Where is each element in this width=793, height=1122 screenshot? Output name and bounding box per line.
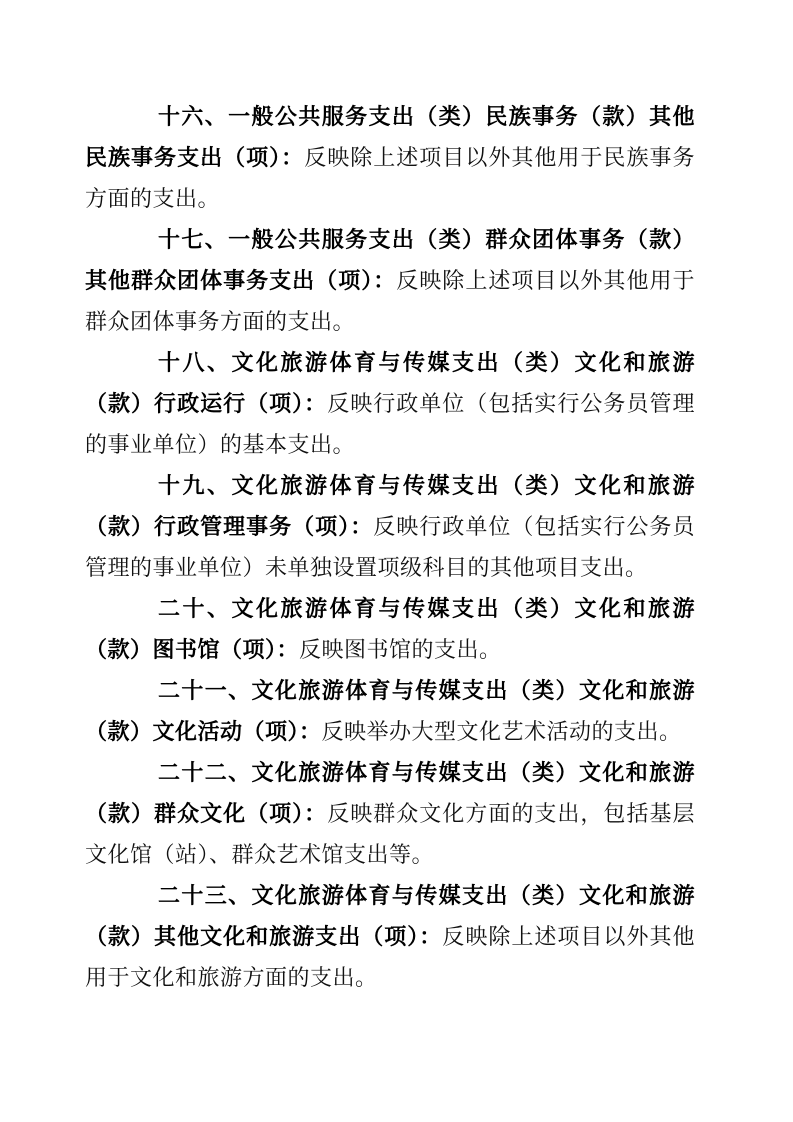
- budget-item-16: 十六、一般公共服务支出（类）民族事务（款）其他民族事务支出（项）：反映除上述项目…: [85, 96, 695, 219]
- budget-item-22: 二十二、文化旅游体育与传媒支出（类）文化和旅游（款）群众文化（项）：反映群众文化…: [85, 752, 695, 875]
- budget-item-19: 十九、文化旅游体育与传媒支出（类）文化和旅游（款）行政管理事务（项）：反映行政单…: [85, 465, 695, 588]
- budget-item-17: 十七、一般公共服务支出（类）群众团体事务（款）其他群众团体事务支出（项）：反映除…: [85, 219, 695, 342]
- budget-item-18: 十八、文化旅游体育与传媒支出（类）文化和旅游（款）行政运行（项）：反映行政单位（…: [85, 342, 695, 465]
- item-21-description: 反映举办大型文化艺术活动的支出。: [322, 719, 682, 744]
- document-page: 十六、一般公共服务支出（类）民族事务（款）其他民族事务支出（项）：反映除上述项目…: [0, 0, 793, 1122]
- budget-item-20: 二十、文化旅游体育与传媒支出（类）文化和旅游（款）图书馆（项）：反映图书馆的支出…: [85, 588, 695, 670]
- budget-item-23: 二十三、文化旅游体育与传媒支出（类）文化和旅游（款）其他文化和旅游支出（项）：反…: [85, 875, 695, 998]
- item-20-description: 反映图书馆的支出。: [299, 637, 502, 662]
- budget-item-21: 二十一、文化旅游体育与传媒支出（类）文化和旅游（款）文化活动（项）：反映举办大型…: [85, 670, 695, 752]
- document-body: 十六、一般公共服务支出（类）民族事务（款）其他民族事务支出（项）：反映除上述项目…: [85, 96, 695, 998]
